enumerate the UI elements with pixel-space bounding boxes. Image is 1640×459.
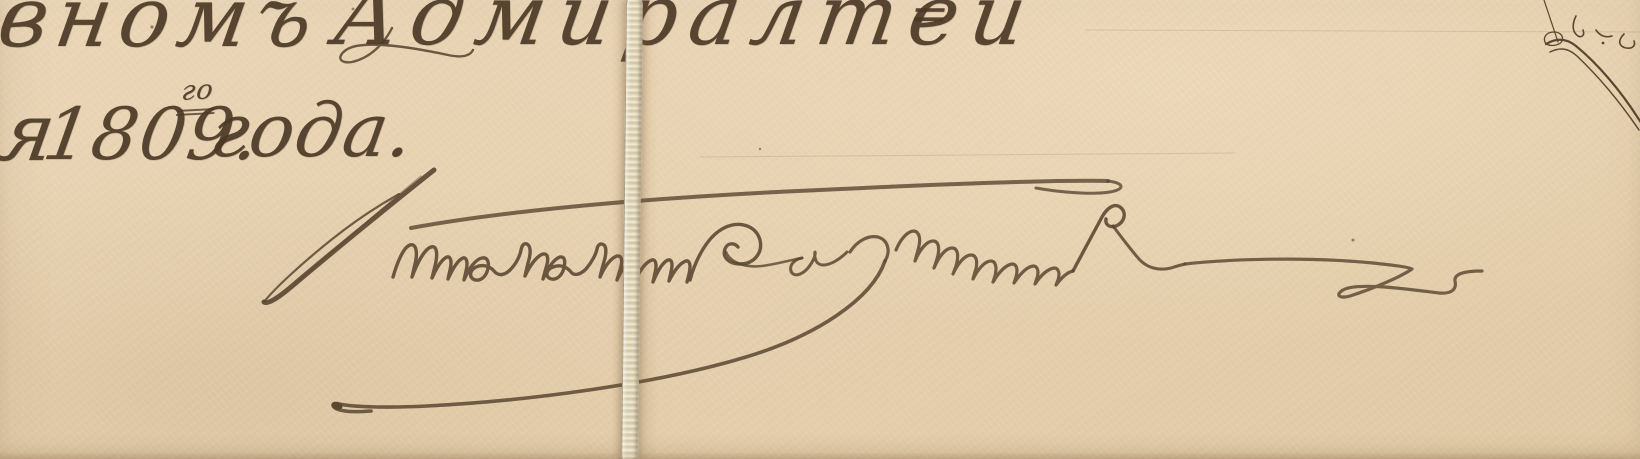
ink-speck-2 [352,8,355,11]
ink-speck-1 [150,25,153,28]
signature-initial-upstroke [264,194,399,302]
signature [264,170,1482,412]
page-bottom-edge-shadow [0,452,1640,459]
signature-underline-loop [1185,259,1482,297]
manuscript-page: вномъ Адмиралтей = я 1809. го года. [0,0,1640,459]
signature-tall-letter [1073,206,1124,271]
signature-letter-a [791,252,847,275]
crease-line-middle [700,153,1235,157]
corner-ornament-squiggle-2 [1596,30,1612,37]
ink-speck-4 [759,148,761,150]
line1-flourish-path [340,28,473,62]
crease-lines [700,30,1640,157]
corner-ornament-band-inner [1550,49,1639,130]
signature-tall-letter-stem [1113,226,1185,269]
signature-top-stroke [411,181,1108,228]
corner-ornament-squiggle-3 [1620,34,1635,48]
corner-ornament [1544,0,1640,130]
corner-ornament-dot [1602,42,1605,45]
signature-name-letters-right [896,231,1073,285]
line1-descender-flourish [340,28,473,62]
corner-ornament-squiggle-1 [1573,16,1583,37]
ink-speck-3 [1352,239,1355,242]
ink-layer [0,0,1640,459]
signature-initial-hairline [295,176,421,284]
ink-specks [150,8,1354,242]
signature-letter-u [850,237,888,261]
